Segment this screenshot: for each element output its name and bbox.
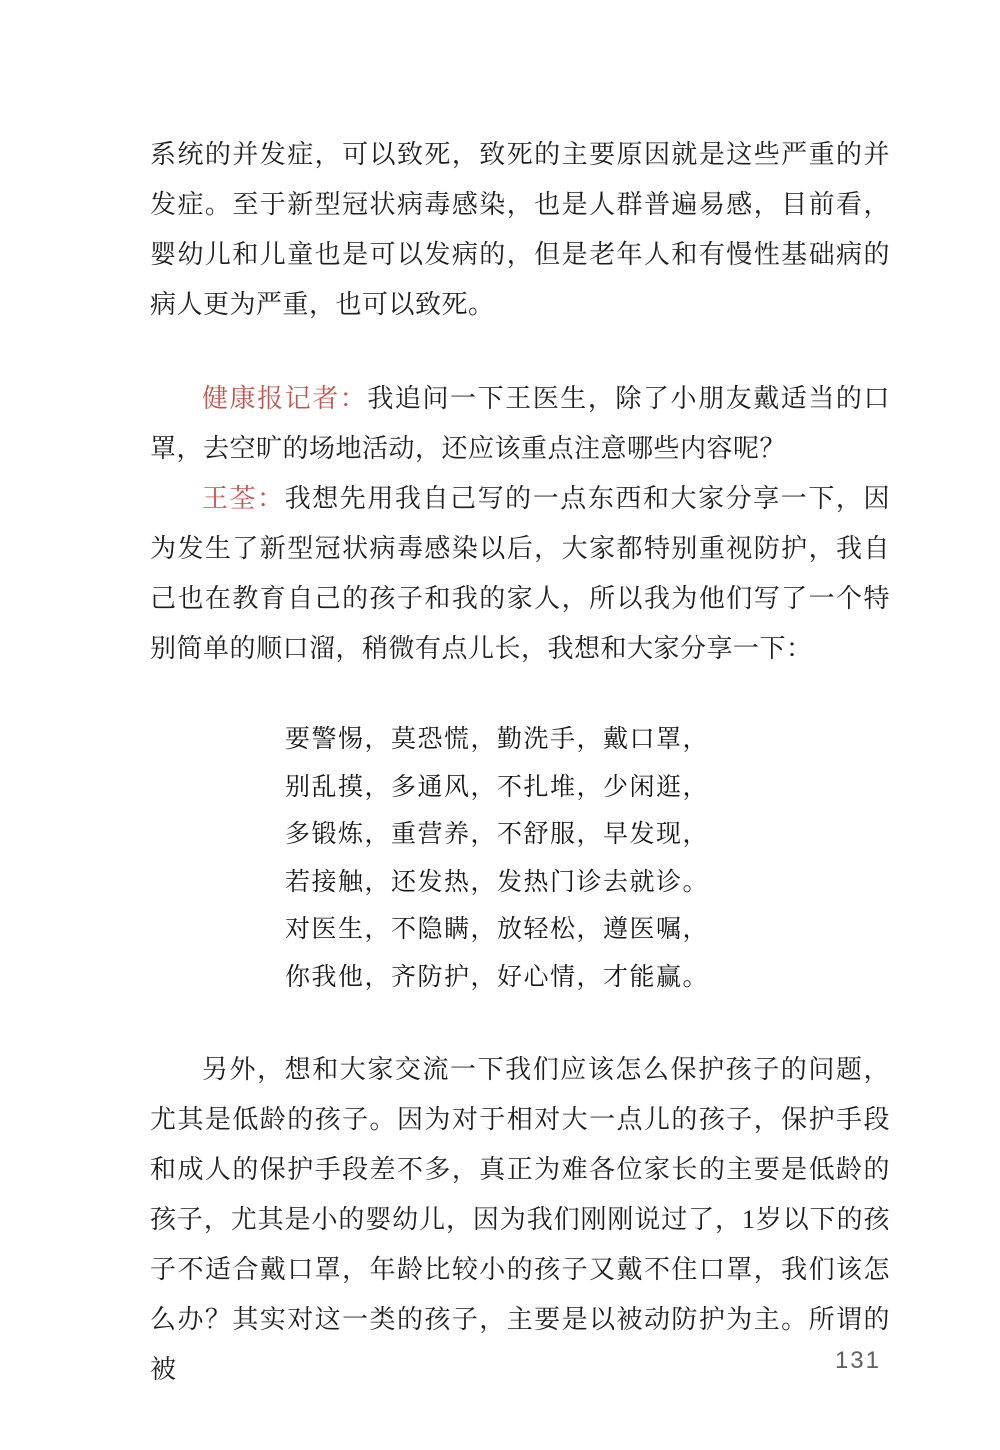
qa-wangquan-paragraph: 王荃：我想先用我自己写的一点东西和大家分享一下，因为发生了新型冠状病毒感染以后，…: [150, 474, 890, 674]
page-content: 系统的并发症，可以致死，致死的主要原因就是这些严重的并发症。至于新型冠状病毒感染…: [150, 130, 890, 1395]
document-page: 系统的并发症，可以致死，致死的主要原因就是这些严重的并发症。至于新型冠状病毒感染…: [0, 0, 1000, 1450]
qa-reporter-paragraph: 健康报记者：我追问一下王医生，除了小朋友戴适当的口罩，去空旷的场地活动，还应该重…: [150, 374, 890, 474]
paragraph-continuation: 系统的并发症，可以致死，致死的主要原因就是这些严重的并发症。至于新型冠状病毒感染…: [150, 130, 890, 330]
rhyme-line: 要警惕，莫恐慌，勤洗手，戴口罩，: [285, 716, 890, 764]
rhyme-line: 若接触，还发热，发热门诊去就诊。: [285, 859, 890, 907]
speaker-label-reporter: 健康报记者：: [202, 384, 367, 413]
rhyme-line: 对医生，不隐瞒，放轻松，遵医嘱，: [285, 906, 890, 954]
rhyme-line: 别乱摸，多通风，不扎堆，少闲逛，: [285, 764, 890, 812]
paragraph-bottom: 另外，想和大家交流一下我们应该怎么保护孩子的问题，尤其是低龄的孩子。因为对于相对…: [150, 1045, 890, 1395]
speaker-label-wangquan: 王荃：: [202, 484, 285, 513]
rhyme-block: 要警惕，莫恐慌，勤洗手，戴口罩， 别乱摸，多通风，不扎堆，少闲逛， 多锻炼，重营…: [150, 716, 890, 1001]
rhyme-line: 多锻炼，重营养，不舒服，早发现，: [285, 811, 890, 859]
page-number: 131: [835, 1347, 881, 1375]
rhyme-line: 你我他，齐防护，好心情，才能赢。: [285, 954, 890, 1002]
